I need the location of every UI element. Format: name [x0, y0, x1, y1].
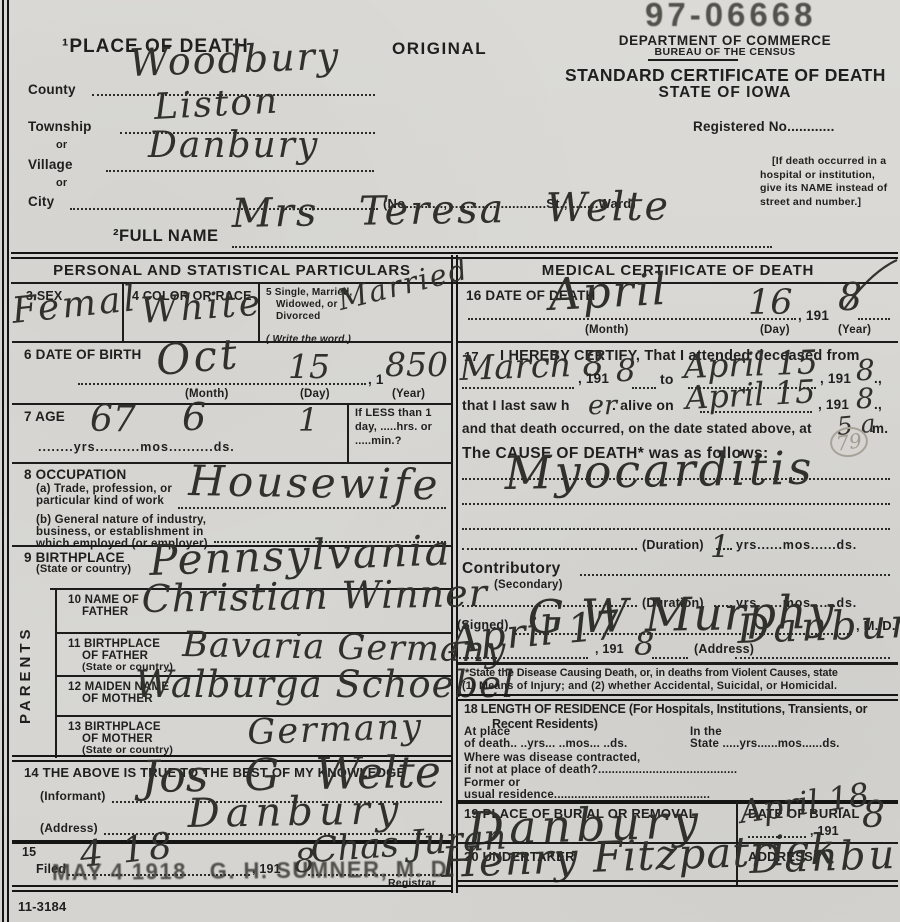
page-left-border	[2, 0, 9, 922]
dob-day-value: 15	[288, 350, 330, 383]
death-occurred-line-end: m.	[872, 421, 888, 437]
sex-value: Femal	[10, 281, 140, 330]
occupation-label: 8 OCCUPATION	[24, 467, 126, 483]
signed-address-value: Danbury	[737, 603, 900, 650]
dod-month-caption: (Month)	[585, 324, 629, 338]
dob-label: 6 DATE OF BIRTH	[24, 347, 142, 363]
full-name-value: Mrs Teresa Welte	[231, 186, 670, 234]
residence-top-rule	[458, 694, 898, 701]
duration-units: yrs......mos......ds.	[736, 538, 857, 553]
age-units: ........yrs..........mos..........ds.	[38, 440, 235, 455]
or-label-1: or	[56, 139, 67, 152]
footnote-line2: (1) Means of Injury; and (2) whether Acc…	[462, 680, 837, 693]
age-days-value: 1	[298, 404, 318, 436]
row-rule	[12, 403, 452, 405]
signed-year-value: 8	[634, 628, 654, 660]
cause-line-3	[462, 528, 890, 530]
age-label: 7 AGE	[24, 409, 65, 425]
attended-to-lead	[632, 387, 656, 389]
registered-no-label: Registered No............	[693, 119, 835, 135]
race-value: White	[139, 286, 264, 330]
township-value: Liston	[153, 83, 280, 126]
county-value: Woodbury	[129, 37, 341, 82]
father-name-value: Christian Winner	[141, 574, 488, 618]
bureau-of-census: BUREAU OF THE CENSUS	[565, 46, 885, 58]
signed-year-dots	[652, 657, 688, 659]
dod-year-caption: (Year)	[838, 324, 871, 338]
signed-address-line	[735, 657, 890, 659]
bureau-underline	[648, 59, 738, 61]
footnote-rule	[458, 662, 898, 665]
duration-lead	[462, 548, 637, 550]
mother-birthplace-value: Germany	[247, 710, 424, 751]
last-saw-line-b: . alive on	[612, 397, 674, 414]
age-months-value: 6	[182, 398, 206, 436]
certificate-title: STANDARD CERTIFICATE OF DEATH	[565, 65, 885, 86]
age-years-value: 67	[90, 402, 136, 438]
death-occurred-line: and that death occurred, on the date sta…	[462, 421, 812, 437]
right-section-title: MEDICAL CERTIFICATE OF DEATH	[458, 262, 898, 280]
occupation-value: Housewife	[188, 460, 441, 506]
occupation-a-line2: particular kind of work	[36, 495, 164, 509]
full-name-line	[232, 246, 772, 248]
dod-month-value: April	[548, 268, 669, 318]
county-label: County	[28, 82, 76, 98]
attended-to-year-value: 8	[856, 356, 874, 385]
village-line	[106, 170, 374, 172]
left-bottom-rule	[12, 885, 452, 892]
dod-line	[468, 318, 796, 320]
attended-to-comma: .,	[874, 371, 882, 387]
attended-from-year-value: 8	[616, 356, 636, 387]
hospital-note: [If death occurred in a hospital or inst…	[760, 155, 898, 210]
attended-from-line	[462, 387, 574, 389]
filed-number: 15	[22, 845, 36, 860]
marital-sub-label: ( Write the word.)	[266, 334, 351, 346]
dod-year-printed: , 191	[798, 308, 829, 324]
duration-label: (Duration)	[642, 538, 704, 553]
father-name-label-2: FATHER	[82, 606, 128, 620]
informant-label: (Informant)	[40, 789, 106, 803]
residence-contracted-2: if not at place of death?...............…	[464, 764, 737, 778]
birthplace-sub-label: (State or country)	[36, 563, 131, 576]
age-less-note: If LESS than 1 day, .....hrs. or .....mi…	[355, 407, 449, 448]
dob-day-caption: (Day)	[300, 388, 330, 402]
right-bottom-rule	[458, 880, 898, 887]
parents-label: PARENTS	[17, 600, 34, 750]
filed-date-stamp: MAY 4 1918 G. H. SUMNER, M. D.	[52, 856, 456, 887]
dod-day-value: 16	[748, 286, 793, 321]
village-value: Danbury	[148, 128, 319, 164]
signed-date-line	[456, 657, 588, 659]
death-certificate: 97-06668 ¹PLACE OF DEATH ORIGINAL DEPART…	[0, 0, 900, 922]
dob-year-printed: , 1	[368, 372, 384, 388]
residence-at-place-2: of death.. ..yrs... ..mos... ..ds.	[464, 738, 627, 752]
dod-year-value: 8	[838, 278, 862, 316]
burial-year-value: 8	[862, 798, 885, 834]
contributory-label: Contributory	[462, 560, 561, 578]
state-of-iowa: STATE OF IOWA	[565, 84, 885, 102]
dod-line-2	[858, 318, 890, 320]
attended-to-label: to	[660, 371, 674, 388]
dob-year-value: 850	[385, 348, 448, 381]
residence-in-state-2: State .....yrs......mos......ds.	[690, 738, 840, 752]
original-label: ORIGINAL	[392, 39, 487, 59]
certificate-number-stamp: 97-06668	[645, 0, 816, 34]
dob-year-caption: (Year)	[392, 388, 425, 402]
cause-line-2	[462, 503, 890, 505]
full-name-label: ²FULL NAME	[113, 227, 219, 246]
or-label-2: or	[56, 177, 67, 190]
cell-divider	[347, 404, 349, 462]
form-number: 11-3184	[18, 899, 66, 914]
footnote-line1: *State the Disease Causing Death, or, in…	[465, 667, 838, 680]
attended-from-year: , 191	[578, 371, 609, 387]
last-saw-dots	[700, 411, 812, 413]
contributory-line	[580, 574, 890, 576]
last-saw-value: April 15	[684, 375, 816, 414]
signed-year-printed: , 191	[595, 642, 624, 657]
undertaker-address-value: Danbury	[749, 833, 900, 880]
dod-day-caption: (Day)	[760, 324, 790, 338]
village-label: Village	[28, 157, 73, 173]
township-label: Township	[28, 119, 92, 135]
row-rule	[458, 341, 898, 343]
last-saw-line: that I last saw h	[462, 397, 570, 414]
duration-dots	[716, 548, 732, 550]
residence-label: 18 LENGTH OF RESIDENCE (For Hospitals, I…	[464, 702, 894, 732]
last-saw-comma: .,	[874, 397, 882, 413]
cause-of-death-value: Myocarditis	[504, 445, 815, 496]
attended-to-year: , 191	[820, 371, 851, 387]
dob-month-value: Oct	[154, 333, 241, 382]
parents-divider	[55, 588, 57, 758]
city-label: City	[28, 194, 54, 210]
